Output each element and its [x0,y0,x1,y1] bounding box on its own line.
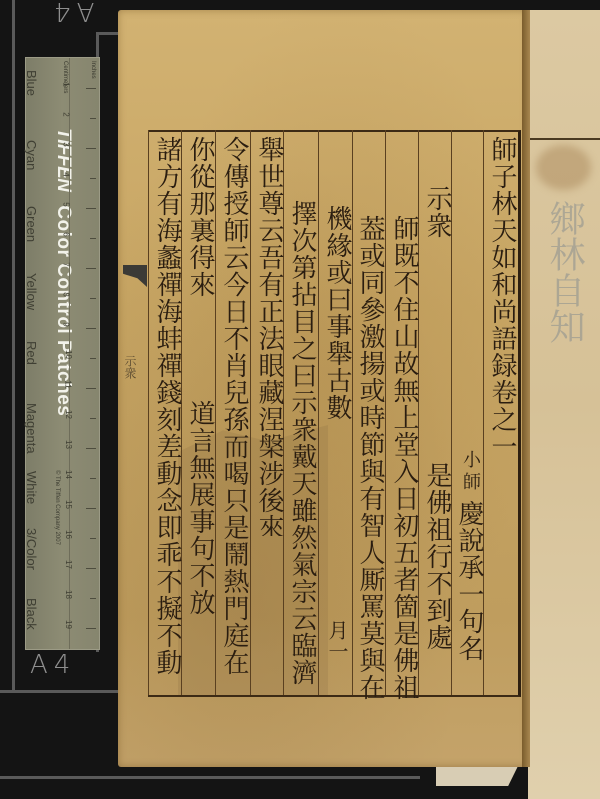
text-column: 諸方有海蠡禪海蚌禪錢刻差動念即乖不擬不動 [150,136,183,692]
adjacent-page-border [528,138,600,140]
text-column: 你從那裏得來 [183,136,216,306]
cm-mark: 5 [62,202,71,206]
cm-mark: 10 [64,350,73,359]
text-column: 舉世尊云吾有正法眼藏涅槃涉後來臨 [252,136,285,536]
a4-label-top: A4 [48,0,94,26]
cm-mark: 12 [64,410,73,419]
text-column: 令傳授師云今日不肖兒孫而喝只是鬧熱門庭在 [217,136,250,692]
page-spine [522,10,530,767]
margin-note: 示衆 [122,355,139,379]
cm-mark: 9 [62,322,71,326]
cm-mark: 1 [62,82,71,86]
text-column: 師既不住山故無上堂入日初五者箇是佛祖 [387,215,420,771]
patch-label-white: White [24,471,39,504]
cm-mark: 18 [64,590,73,599]
cm-mark: 13 [64,440,73,449]
patch-label-magenta: Magenta [24,403,39,454]
cm-mark: 8 [62,292,71,296]
patch-label-green: Green [24,206,39,242]
attribution-label: 小師 [454,450,487,500]
text-column: 是佛祖行不到處 [420,462,453,690]
cm-mark: 3 [62,142,71,146]
cm-mark: 16 [64,530,73,539]
cm-mark: 11 [64,380,73,388]
cm-mark: 7 [62,262,71,266]
section-heading: 示衆 [420,185,453,255]
text-column: 葢或同參激揚或時節與有智人厮罵莫與在 [353,215,386,771]
cm-mark: 17 [64,560,73,569]
units-label-cm: Centimeters [62,61,68,93]
patch-label-red: Red [24,341,39,365]
patch-label-cyan: Cyan [24,140,39,170]
cm-mark: 19 [64,620,73,629]
text-column: 月一 [320,620,353,690]
cm-mark: 2 [62,112,71,116]
text-column: 機緣或曰事舉古數 [320,205,353,435]
copyright-text: © The Tiffen Company 2007 [54,470,60,545]
paper-tab [436,766,518,786]
cm-mark: 4 [62,172,71,176]
column-rule [250,130,251,695]
cm-mark: 15 [64,500,73,509]
mat-frame-left [12,0,15,690]
text-column: 慶說承一句名 [452,500,485,690]
mat-frame-base [0,776,420,779]
cm-mark: 6 [62,232,71,236]
text-column: 擇次第拈目之曰示衆戴天雖然氣宗云臨濟 [285,200,318,756]
stain [536,145,591,190]
column-rule [148,130,149,695]
adjacent-page: 鄉林自知 [528,10,600,799]
color-control-chart: Centimeters Inches TIFFEN Color Control … [25,57,100,650]
title-column: 師子林天如和尚語録卷之一 [485,136,518,692]
text-column: 道言無展事句不放 [183,400,216,690]
patch-label-yellow: Yellow [24,273,39,310]
mat-frame-bottom [0,690,120,693]
a4-label-bottom: A4 [30,650,76,680]
column-rule [318,130,319,695]
cm-mark: 14 [64,470,73,479]
patch-label-3color: 3/Color [24,528,39,570]
patch-label-blue: Blue [24,70,39,96]
ruler-scale: 1 2 3 4 5 6 7 8 9 10 11 12 13 14 15 16 1… [69,58,96,649]
adjacent-page-ghost-text: 鄉林自知 [544,200,584,344]
patch-label-black: Black [24,598,39,630]
